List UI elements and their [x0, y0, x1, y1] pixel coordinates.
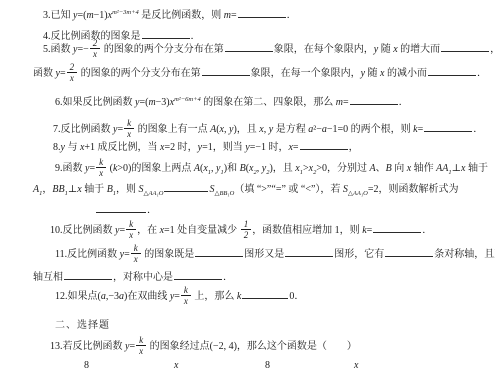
- text-run: 9.函数: [55, 163, 85, 174]
- text-run: ，则: [116, 184, 139, 195]
- text-run: 12.如果点(: [55, 291, 101, 302]
- text-run: 的图象的两个分支分布在第: [78, 68, 201, 79]
- math-variable: k: [237, 291, 241, 302]
- answer-blank: [300, 139, 348, 150]
- text-run: =2，则函数解析式为: [368, 184, 459, 195]
- answer-blank: [64, 269, 112, 280]
- answer-blank: [350, 94, 398, 105]
- math-variable: m: [86, 10, 93, 21]
- math-variable: S: [139, 184, 144, 195]
- subscript: 2: [253, 169, 256, 176]
- answer-blank: [385, 246, 433, 257]
- text-run: =: [60, 68, 66, 79]
- answer-blank: [202, 65, 250, 76]
- fraction-denominator: x: [126, 229, 136, 240]
- text-run: =: [174, 291, 180, 302]
- text-run: −3): [156, 97, 170, 108]
- text-run: =: [89, 163, 95, 174]
- text-run: ．: [399, 97, 409, 108]
- math-variable: B: [107, 184, 113, 195]
- text-run: 13.若反比例函数: [50, 341, 125, 352]
- text-run: 、: [376, 163, 386, 174]
- fraction: kx: [131, 244, 141, 264]
- text-run: >0)的图象上两点: [117, 163, 193, 174]
- answer-blank: [242, 288, 288, 299]
- text-run: ⊥: [452, 163, 461, 174]
- subscript: 1: [39, 190, 42, 197]
- question-5-line-1: 5.函数 y=−2x 的图象的两个分支分布在第象限，在每个象限内，y 随 x 的…: [43, 39, 495, 61]
- text-run: )和: [224, 163, 240, 174]
- text-run: 图形，它有: [334, 249, 384, 260]
- fraction-numerator: k: [181, 286, 191, 295]
- text-run: ，在: [137, 225, 160, 236]
- text-run: =: [124, 249, 130, 260]
- text-run: =−: [77, 44, 88, 55]
- subscript: △AA₁O: [144, 190, 164, 197]
- text-run: 的图象在第二、四象限，那么: [201, 97, 336, 108]
- text-run: 随: [378, 44, 393, 55]
- option-c-numerator-cutoff: 8: [265, 361, 270, 370]
- text-run: ．: [223, 272, 233, 283]
- question-9-line-3: ．: [95, 200, 157, 222]
- superscript: m²−3m+4: [112, 9, 139, 16]
- answer-blank: [238, 7, 286, 18]
- text-run: 是方程: [273, 124, 308, 135]
- text-run: )，且: [269, 163, 295, 174]
- fraction-denominator: 2: [241, 229, 252, 240]
- answer-blank: [225, 41, 273, 52]
- fraction: 2x: [67, 63, 78, 83]
- text-run: =2 时，: [165, 142, 198, 153]
- text-run: =: [129, 341, 135, 352]
- math-variable: m: [224, 10, 231, 21]
- fraction-denominator: x: [90, 48, 101, 59]
- text-run: 条对称轴，且对称: [434, 249, 495, 260]
- text-run: =: [117, 124, 123, 135]
- fraction: 2x: [90, 39, 101, 59]
- text-run: )，且: [233, 124, 259, 135]
- fraction: 12: [241, 220, 252, 240]
- text-run: =: [293, 142, 299, 153]
- fraction-numerator: k: [136, 336, 146, 345]
- fraction-denominator: x: [67, 72, 78, 83]
- subscript: 1: [300, 169, 303, 176]
- text-run: 6.如果反比例函数: [55, 97, 135, 108]
- text-run: 随: [365, 68, 380, 79]
- fraction: kx: [181, 286, 191, 306]
- answer-blank: [424, 121, 472, 132]
- fraction-denominator: x: [136, 345, 146, 356]
- fraction: kx: [126, 220, 136, 240]
- option-d-numerator-cutoff: x: [354, 361, 358, 370]
- text-run: 与: [65, 142, 80, 153]
- question-11-line-1: 11.反比例函数 y=kx 的图象既是图形又是图形，它有条对称轴，且对称: [55, 244, 495, 266]
- text-run: 象限，在每个象限内，: [274, 44, 374, 55]
- fraction-numerator: 2: [90, 39, 101, 48]
- superscript: m²−6m+4: [174, 96, 201, 103]
- text-run: =1 处自变量减少: [164, 225, 240, 236]
- text-run: >0，分别过: [316, 163, 369, 174]
- text-run: 轴于: [82, 184, 107, 195]
- text-run: −1=0 的两个根，则: [327, 124, 413, 135]
- answer-blank: [164, 181, 208, 192]
- text-run: ，函数值相应增加 1，则: [252, 225, 362, 236]
- text-run: 向: [392, 163, 407, 174]
- text-run: =−1 时，: [250, 142, 289, 153]
- answer-blank: [195, 246, 243, 257]
- text-run: （填 “>”“=” 或 “<”），若: [234, 184, 343, 195]
- text-run: 轴作: [411, 163, 436, 174]
- text-run: ．: [473, 124, 483, 135]
- subscript: 1: [113, 190, 116, 197]
- text-run: ．: [422, 225, 432, 236]
- answer-blank: [142, 28, 190, 39]
- subscript: 2: [266, 169, 269, 176]
- subscript: 1: [448, 169, 451, 176]
- text-run: 轴互相: [33, 272, 63, 283]
- math-variable: AA: [436, 163, 448, 174]
- text-run: 的图象既是: [142, 249, 195, 260]
- question-13: 13.若反比例函数 y=kx 的图象经过点(−2, 4)，那么这个函数是（ ）: [50, 336, 357, 358]
- answer-blank: [285, 246, 333, 257]
- fraction-numerator: k: [126, 220, 136, 229]
- fraction: kx: [136, 336, 146, 356]
- text-run: −1): [94, 10, 108, 21]
- text-run: =: [231, 10, 237, 21]
- text-run: 11.反比例函数: [55, 249, 120, 260]
- text-run: 7.反比例函数: [53, 124, 113, 135]
- text-run: ，: [490, 44, 495, 55]
- text-run: ,−3: [106, 291, 119, 302]
- fraction-numerator: 1: [241, 220, 252, 229]
- subscript: △AA₁O: [348, 190, 368, 197]
- math-variable: m: [336, 97, 343, 108]
- fraction-numerator: 2: [67, 63, 78, 72]
- fraction-numerator: k: [124, 119, 134, 128]
- answer-blank: [428, 65, 476, 76]
- text-run: 的图象经过点(−2, 4)，那么这个函数是（ ）: [147, 341, 357, 352]
- worksheet-page: 3.已知 y=(m−1)xm²−3m+4 是反比例函数，则 m=． 4.反比例函…: [0, 0, 495, 370]
- text-run: ²−: [313, 124, 322, 135]
- text-run: ．: [147, 205, 157, 216]
- answer-blank: [96, 202, 146, 213]
- text-run: =: [367, 225, 373, 236]
- subscript: 2: [313, 169, 316, 176]
- fraction-numerator: k: [131, 244, 141, 253]
- question-9-line-1: 9.函数 y=kx (k>0)的图象上两点 A(x1, y1)和 B(x2, y…: [55, 158, 488, 180]
- fraction-denominator: x: [181, 295, 191, 306]
- subscript: 1: [220, 169, 223, 176]
- text-run: )在双曲线: [124, 291, 170, 302]
- text-run: +1 成反比例，当: [84, 142, 160, 153]
- text-run: ，对称中心是: [113, 272, 173, 283]
- text-run: 的减小而: [385, 68, 428, 79]
- text-run: 函数: [33, 68, 56, 79]
- answer-blank: [174, 269, 222, 280]
- text-run: =1，则当: [202, 142, 245, 153]
- text-run: =: [119, 225, 125, 236]
- text-run: 5.函数: [43, 44, 73, 55]
- text-run: 象限，在每一个象限内，: [251, 68, 361, 79]
- text-run: 10.反比例函数: [50, 225, 115, 236]
- subscript: 1: [65, 190, 68, 197]
- text-run: ．: [477, 68, 487, 79]
- answer-blank: [441, 41, 489, 52]
- text-run: 图形又是: [244, 249, 284, 260]
- question-3: 3.已知 y=(m−1)xm²−3m+4 是反比例函数，则 m=．: [43, 5, 297, 27]
- math-variable: BB: [52, 184, 64, 195]
- math-variable: m: [148, 97, 155, 108]
- text-run: ，: [349, 142, 359, 153]
- subscript: △BB₁O: [214, 190, 234, 197]
- question-5-line-2: 函数 y=2x 的图象的两个分支分布在第象限，在每一个象限内，y 随 x 的减小…: [33, 63, 487, 85]
- option-a-numerator-cutoff: 8: [84, 361, 89, 370]
- fraction: kx: [96, 158, 106, 178]
- text-run: 的增大而: [398, 44, 441, 55]
- question-8: 8.y 与 x+1 成反比例，当 x=2 时，y=1，则当 y=−1 时，x=，: [53, 137, 359, 159]
- text-run: 8.: [53, 142, 61, 153]
- subscript: 1: [208, 169, 211, 176]
- fraction-numerator: k: [96, 158, 106, 167]
- fraction-denominator: x: [96, 167, 106, 178]
- question-12: 12.如果点(a,−3a)在双曲线 y=kx 上，那么 k0．: [55, 286, 304, 308]
- text-run: 0．: [289, 291, 304, 302]
- section-title: 二、选择题: [55, 315, 110, 337]
- text-run: =: [343, 97, 349, 108]
- text-run: 轴于: [465, 163, 488, 174]
- question-9-line-2: A1，BB1⊥x 轴于 B1，则 S△AA₁OS△BB₁O（填 “>”“=” 或…: [33, 179, 458, 201]
- question-10: 10.反比例函数 y=kx，在 x=1 处自变量减少 12，函数值相应增加 1，…: [50, 220, 432, 242]
- text-run: 是反比例函数，则: [139, 10, 224, 21]
- text-run: ．: [287, 10, 297, 21]
- fraction-denominator: x: [131, 253, 141, 264]
- text-run: ⊥: [68, 184, 77, 195]
- text-run: 上，那么: [192, 291, 237, 302]
- text-run: 的图象上有一点: [135, 124, 210, 135]
- fraction: kx: [124, 119, 134, 139]
- text-run: =: [418, 124, 424, 135]
- question-6: 6.如果反比例函数 y=(m−3)xm²−6m+4 的图象在第二、四象限，那么 …: [55, 92, 409, 114]
- text-run: 3.已知: [43, 10, 73, 21]
- option-b-numerator-cutoff: x: [174, 361, 178, 370]
- answer-blank: [373, 222, 421, 233]
- text-run: 的图象的两个分支分布在第: [101, 44, 224, 55]
- text-run: ，: [42, 184, 52, 195]
